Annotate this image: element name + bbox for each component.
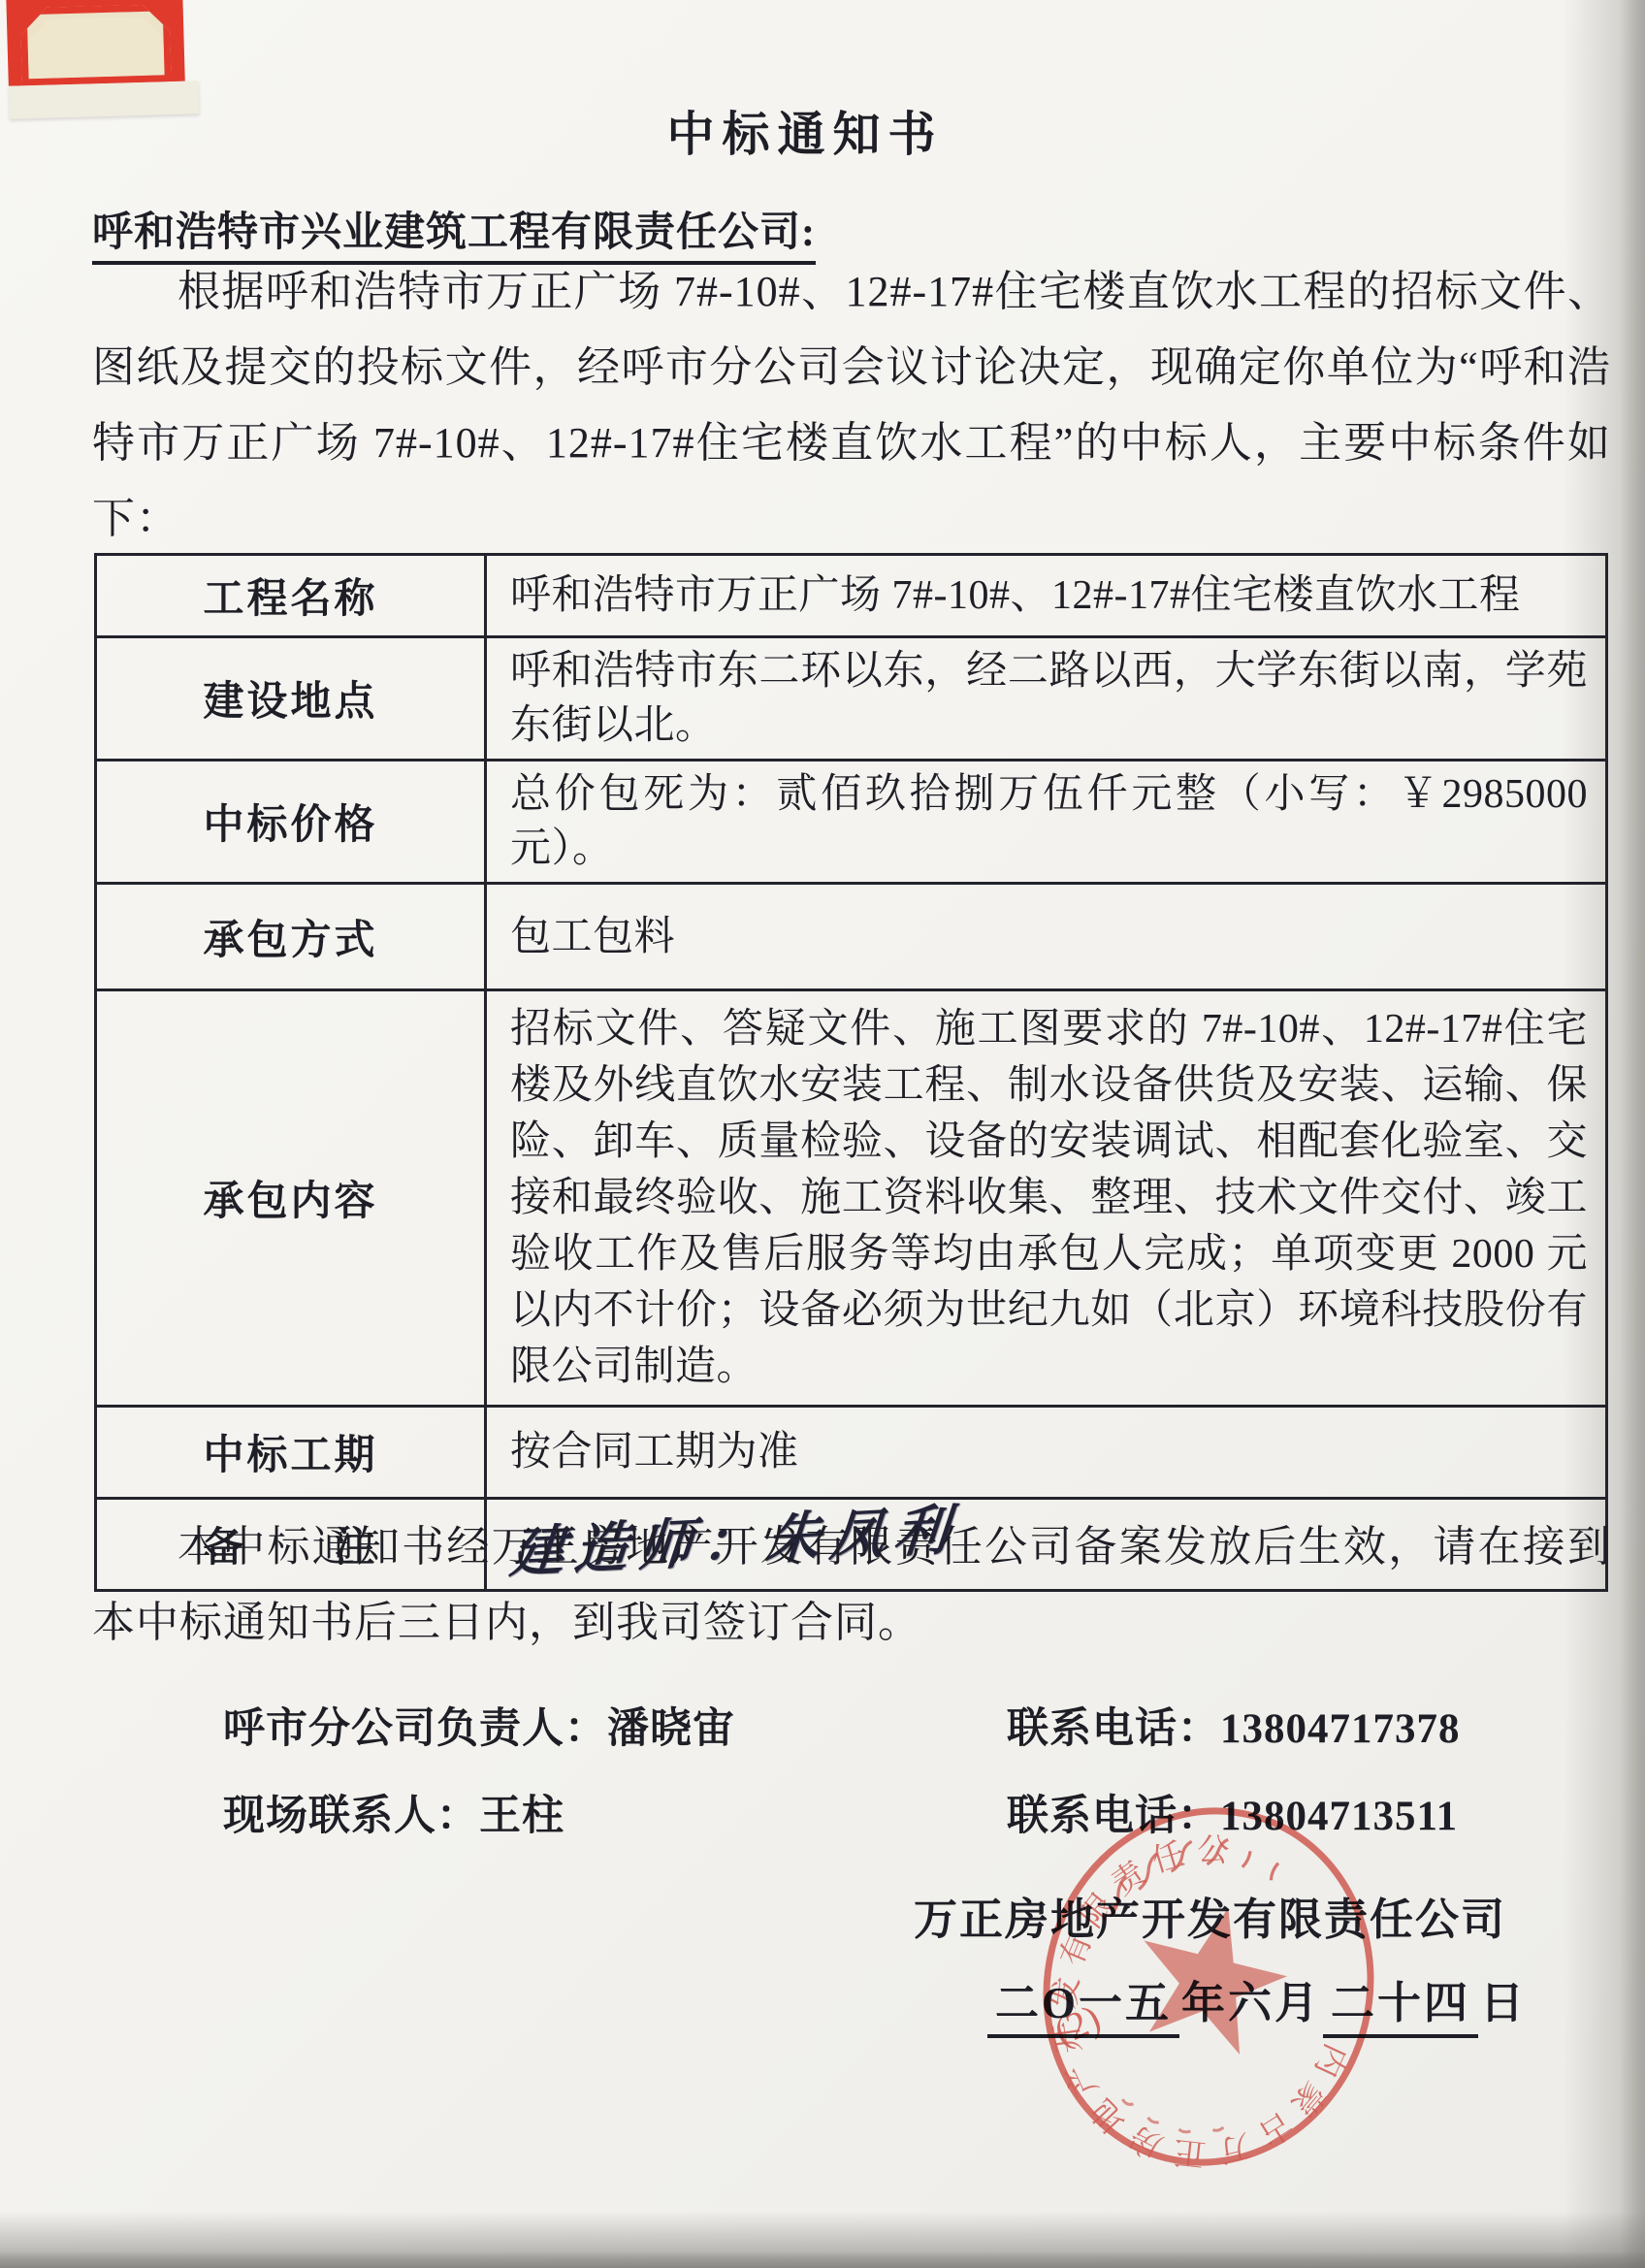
- sticker-red-frame: [6, 0, 184, 86]
- page-title: 中标通知书: [0, 97, 1610, 165]
- row-label: 承包方式: [96, 884, 486, 990]
- seal-bottom-marks: [1118, 2099, 1224, 2141]
- table-row: 承包方式 包工包料: [96, 884, 1607, 990]
- table-row: 中标工期 按合同工期为准: [96, 1407, 1607, 1499]
- row-label: 承包内容: [96, 990, 486, 1407]
- table-row: 建设地点 呼和浩特市东二环以东，经二路以西，大学东街以南，学苑东街以北。: [96, 637, 1607, 761]
- row-value: 招标文件、答疑文件、施工图要求的 7#-10#、12#-17#住宅楼及外线直饮水…: [486, 990, 1607, 1407]
- row-label: 中标工期: [96, 1407, 486, 1499]
- date-year: 二О一五: [987, 1967, 1179, 2038]
- row-value: 包工包料: [486, 884, 1607, 990]
- bid-conditions-table: 工程名称 呼和浩特市万正广场 7#-10#、12#-17#住宅楼直饮水工程 建设…: [94, 553, 1608, 1592]
- row-value: 呼和浩特市万正广场 7#-10#、12#-17#住宅楼直饮水工程: [486, 555, 1607, 637]
- contact-row: 现场联系人：王柱 联系电话：13804713511: [0, 1783, 1645, 1841]
- closing-paragraph: 本中标通知书经万正房地产开发有限责任公司备案发放后生效，请在接到本中标通知书后三…: [92, 1509, 1611, 1661]
- table-row: 承包内容 招标文件、答疑文件、施工图要求的 7#-10#、12#-17#住宅楼及…: [96, 990, 1607, 1407]
- sticker-inner-border: [20, 4, 172, 85]
- scan-edge-shadow-right: [1620, 0, 1645, 2268]
- branch-manager-phone: 联系电话：13804717378: [1007, 1696, 1461, 1755]
- date-middle: 年六月: [1179, 1967, 1323, 2034]
- row-value: 按合同工期为准: [486, 1407, 1607, 1499]
- scanned-notice-page: 中标通知书 呼和浩特市兴业建筑工程有限责任公司: 根据呼和浩特市万正广场 7#-…: [0, 0, 1645, 2268]
- issuer-company: 万正房地产开发有限责任公司: [914, 1884, 1506, 1947]
- site-contact-name: 现场联系人：王柱: [223, 1783, 564, 1842]
- intro-paragraph: 根据呼和浩特市万正广场 7#-10#、12#-17#住宅楼直饮水工程的招标文件、…: [92, 254, 1611, 557]
- row-label: 建设地点: [96, 637, 486, 761]
- row-label: 中标价格: [96, 761, 486, 884]
- date-day: 二十四: [1323, 1967, 1478, 2038]
- scan-edge-shadow-bottom: [0, 2252, 1645, 2268]
- issue-date: 二О一五年六月二十四日: [987, 1967, 1529, 2038]
- sticker-inner-panel: [27, 11, 165, 79]
- row-value: 呼和浩特市东二环以东，经二路以西，大学东街以南，学苑东街以北。: [486, 637, 1607, 761]
- branch-manager-name: 呼市分公司负责人：潘晓宙: [223, 1696, 735, 1755]
- date-suffix: 日: [1478, 1967, 1529, 2034]
- table-row: 中标价格 总价包死为：贰佰玖拾捌万伍仟元整（小写：￥2985000 元）。: [96, 761, 1607, 884]
- row-label: 工程名称: [96, 555, 486, 637]
- contact-row: 呼市分公司负责人：潘晓宙 联系电话：13804717378: [0, 1696, 1645, 1754]
- site-contact-phone: 联系电话：13804713511: [1007, 1783, 1458, 1842]
- table-row: 工程名称 呼和浩特市万正广场 7#-10#、12#-17#住宅楼直饮水工程: [96, 555, 1607, 637]
- row-value: 总价包死为：贰佰玖拾捌万伍仟元整（小写：￥2985000 元）。: [486, 761, 1607, 884]
